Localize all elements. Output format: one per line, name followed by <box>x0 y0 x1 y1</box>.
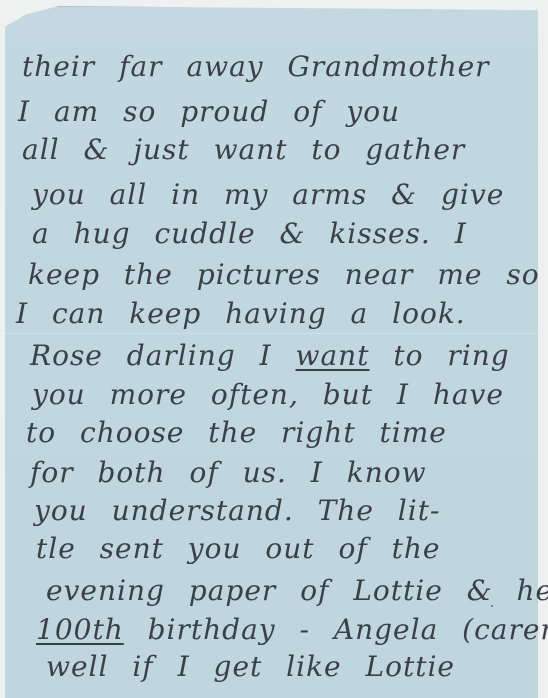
letter-line-14: evening paper of Lottie & her <box>46 574 548 607</box>
underlined-word-want: want <box>296 339 370 372</box>
letter-line-16: well if I get like Lottie <box>46 650 455 683</box>
letter-line-2: I am so proud of you <box>18 95 400 128</box>
letter-line-9: you more often, but I have <box>32 378 504 411</box>
letter-line-15: 100th birthday - Angela (carer). <box>36 613 548 646</box>
letter-line-5: a hug cuddle & kisses. I <box>32 217 467 250</box>
letter-line-4: you all in my arms & give <box>32 178 504 211</box>
underlined-number-100th: 100th <box>36 613 124 646</box>
letter-line-6: keep the pictures near me so <box>28 258 540 291</box>
letter-line-11: for both of us. I know <box>30 456 427 489</box>
letter-line-7: I can keep having a look. <box>16 297 466 330</box>
letter-line-3: all & just want to gather <box>22 133 465 166</box>
letter-line-1: their far away Grandmother <box>22 50 490 83</box>
letter-line-10: to choose the right time <box>26 416 447 449</box>
letter-line-15-end: birthday - Angela (carer). <box>124 613 548 646</box>
letter-line-8-start: Rose darling I <box>30 339 296 372</box>
letter-line-8: Rose darling I want to ring <box>30 339 510 372</box>
letter-line-12: you understand. The lit- <box>34 494 440 527</box>
paper-fold-line <box>5 333 538 334</box>
letter-line-13: tle sent you out of the <box>36 532 440 565</box>
letter-line-8-end: to ring <box>369 339 509 372</box>
